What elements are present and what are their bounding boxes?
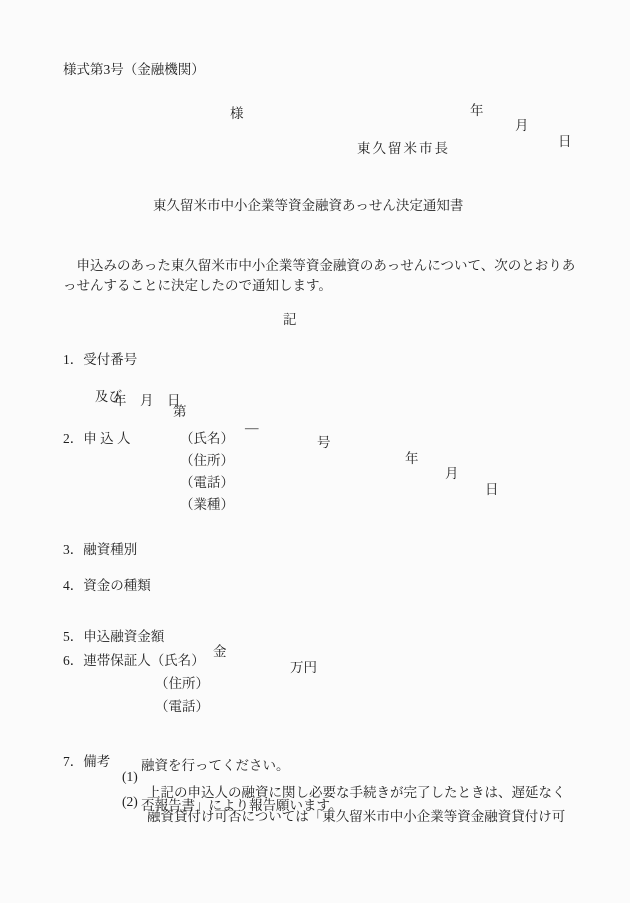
item5-unit: 万円	[290, 660, 317, 676]
item7-note2-marker: (2)	[122, 794, 138, 810]
item7-note2-line2: 否報告書」により報告願います。	[141, 798, 342, 814]
document-title: 東久留米市中小企業等資金融資あっせん決定通知書	[153, 198, 463, 214]
item5-row: 5．申込融資金額 金 万円	[0, 613, 630, 691]
body-paragraph-line1: 申込みのあった東久留米市中小企業等資金融資のあっせんについて、次のとおりあ	[63, 258, 575, 274]
addressee-suffix: 様	[230, 106, 244, 122]
item6-field-address: （住所）	[155, 676, 209, 692]
item3-label: 3．融資種別	[63, 542, 137, 558]
sender-name: 東久留米市長	[357, 141, 450, 157]
item2-field-phone: （電話）	[180, 475, 234, 491]
document-page: 様式第3号（金融機関） 年 月 日 様 東久留米市長 東久留米市中小企業等資金融…	[0, 0, 630, 903]
item4-label: 4．資金の種類	[63, 578, 151, 594]
item2-label: 2．申 込 人	[63, 431, 131, 447]
item1-year: 年	[405, 451, 419, 467]
item6-field-phone: （電話）	[155, 699, 209, 715]
item7-label: 7．備考	[63, 754, 110, 770]
item5-label: 5．申込融資金額	[63, 629, 164, 645]
item2-field-industry: （業種）	[180, 497, 234, 513]
body-paragraph-line2: っせんすることに決定したので通知します。	[63, 278, 332, 294]
item1-month: 月	[445, 466, 459, 482]
header-date-day: 日	[558, 134, 572, 150]
item1-number-dash: ―	[245, 420, 259, 436]
header-date-month: 月	[515, 118, 529, 134]
item1-day: 日	[485, 482, 499, 498]
item7-note1-line2: 融資を行ってください。	[141, 758, 290, 774]
item1-number-suffix: 号	[317, 435, 331, 451]
item6-label: 6．連帯保証人（氏名）	[63, 653, 205, 669]
item1-label: 1．受付番号	[63, 352, 137, 368]
form-number: 様式第3号（金融機関）	[63, 62, 205, 78]
item1-ymd-line: 年 月 日	[113, 393, 181, 409]
record-marker: 記	[283, 312, 297, 328]
item5-currency-prefix: 金	[213, 644, 227, 660]
item2-field-name: （氏名）	[180, 431, 234, 447]
header-date-year: 年	[470, 103, 484, 119]
header-date-line: 年 月 日	[470, 87, 590, 165]
item2-field-address: （住所）	[180, 453, 234, 469]
